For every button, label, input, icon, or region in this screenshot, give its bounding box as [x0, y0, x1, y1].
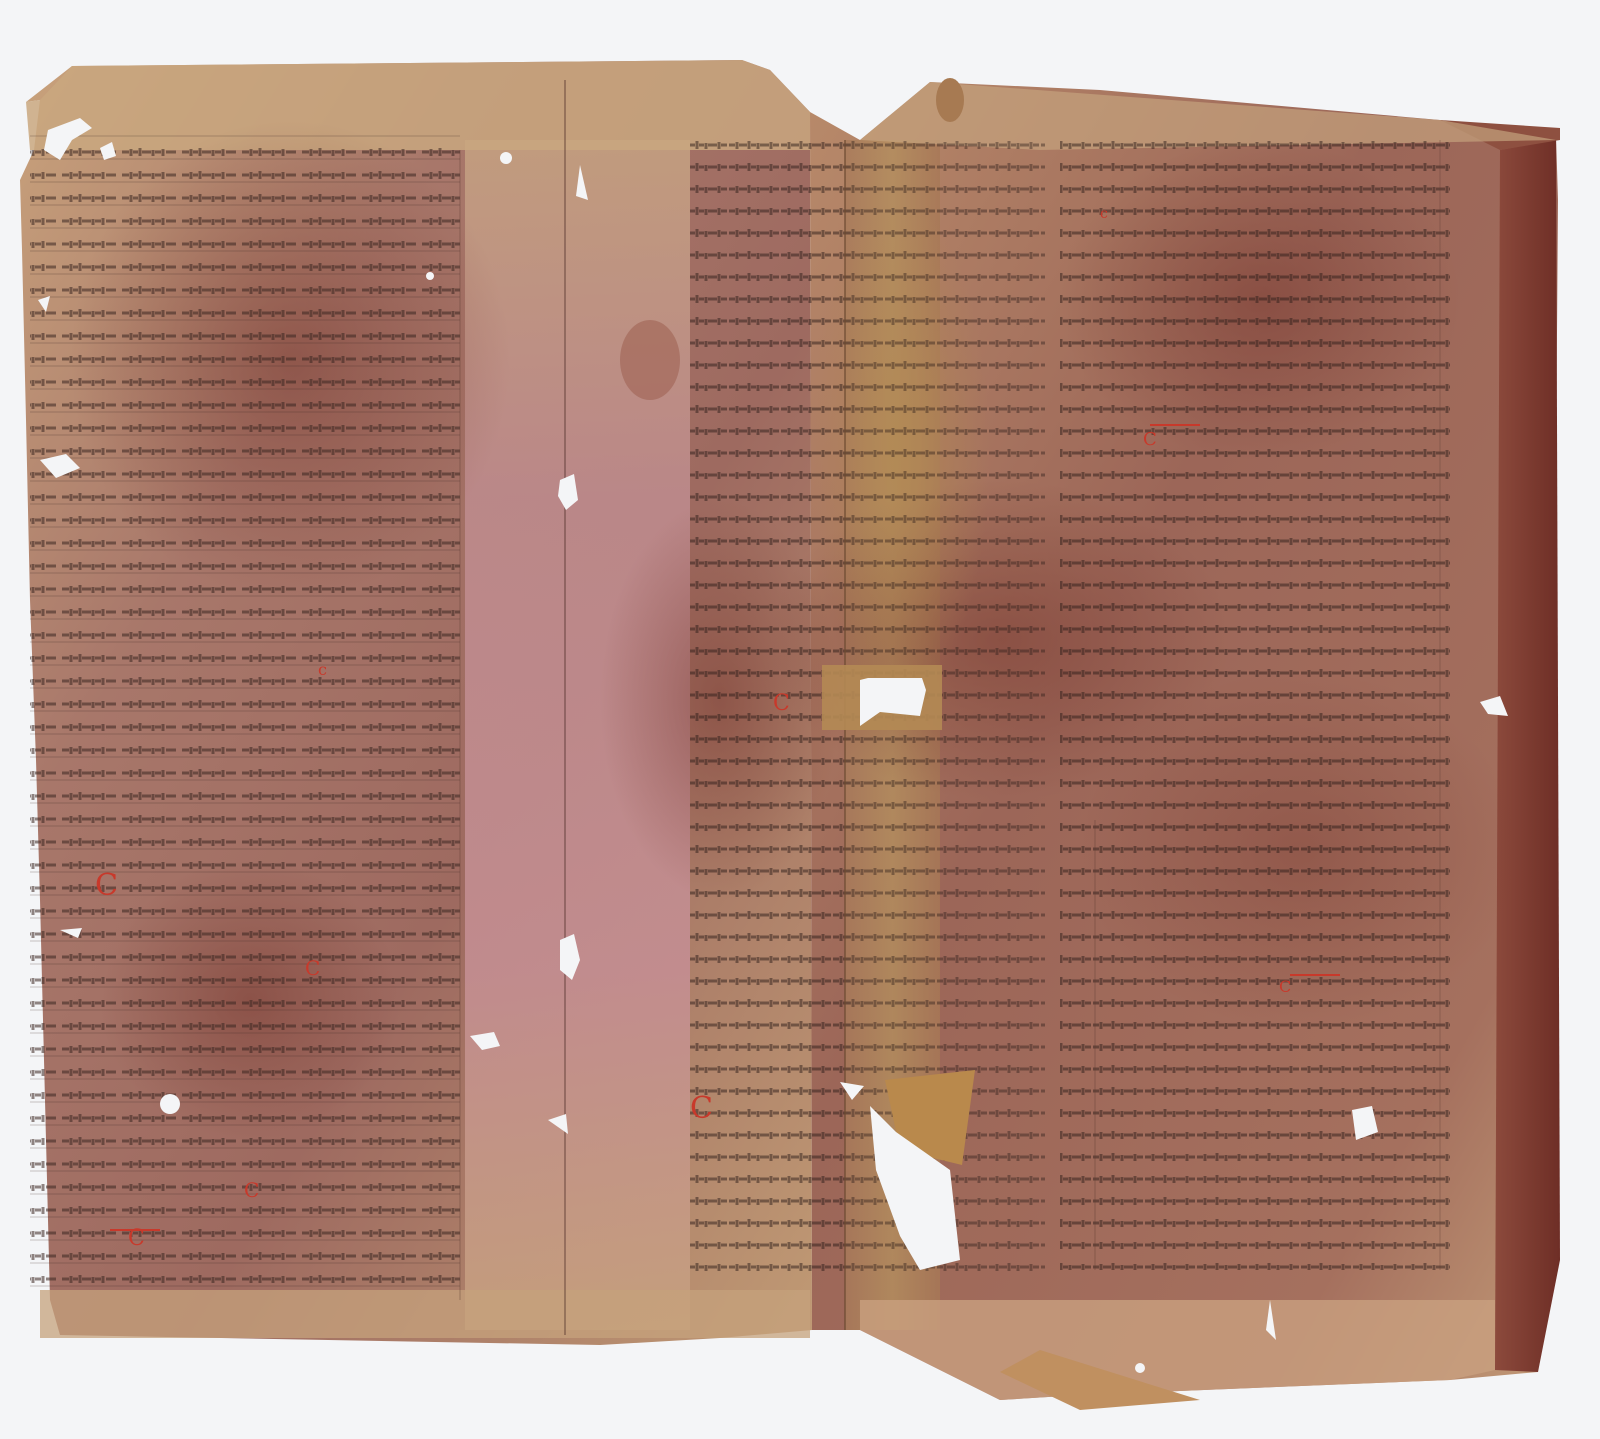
svg-text:C: C	[305, 956, 320, 980]
red-edge-strip	[1495, 140, 1560, 1372]
svg-text:c: c	[1100, 206, 1108, 222]
svg-text:C: C	[95, 868, 118, 903]
svg-text:C: C	[244, 1178, 259, 1202]
svg-text:C: C	[773, 691, 790, 716]
svg-text:c: c	[318, 660, 327, 679]
left-text-block	[30, 135, 460, 1295]
svg-text:C: C	[1143, 429, 1157, 450]
svg-text:C: C	[1279, 977, 1291, 996]
manuscript-photo: C c C C C C C c C C	[0, 0, 1600, 1439]
svg-text:C: C	[690, 1091, 713, 1126]
manuscript-illustration: C c C C C C C c C C	[0, 0, 1600, 1439]
right-text-block	[1060, 140, 1450, 1270]
